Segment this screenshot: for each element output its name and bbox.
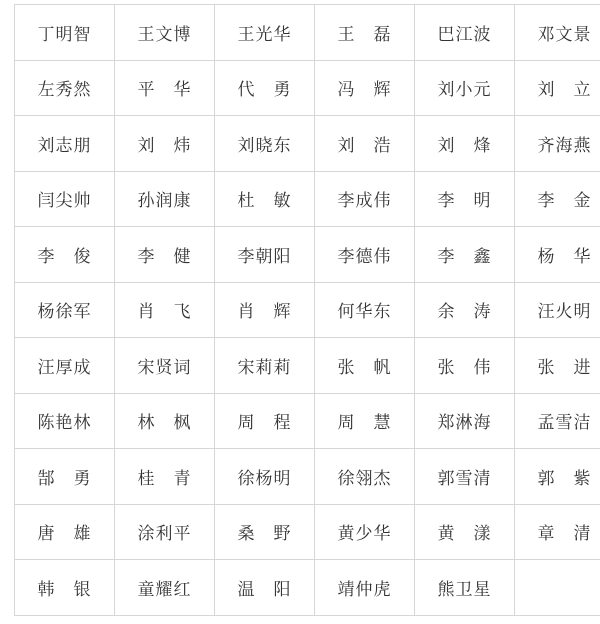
name-cell: 陈艳林 [15, 393, 115, 449]
name-cell: 郜 勇 [15, 449, 115, 505]
name-cell: 刘志朋 [15, 116, 115, 172]
name-cell: 刘小元 [415, 60, 515, 116]
name-cell: 童耀红 [115, 560, 215, 616]
name-cell: 郭 紫 [515, 449, 600, 505]
name-cell: 李 健 [115, 227, 215, 283]
name-cell: 刘 炜 [115, 116, 215, 172]
table-row: 郜 勇桂 青徐杨明徐翎杰郭雪清郭 紫 [15, 449, 600, 505]
table-row: 闫尖帅孙润康杜 敏李成伟李 明李 金 [15, 171, 600, 227]
name-cell: 左秀然 [15, 60, 115, 116]
name-cell: 李 鑫 [415, 227, 515, 283]
name-cell: 冯 辉 [315, 60, 415, 116]
name-cell: 王文博 [115, 5, 215, 61]
name-cell: 张 伟 [415, 338, 515, 394]
table-row: 杨徐军肖 飞肖 辉何华东余 涛汪火明 [15, 282, 600, 338]
name-cell: 靖仲虎 [315, 560, 415, 616]
name-cell: 余 涛 [415, 282, 515, 338]
table-row: 唐 雄涂利平桑 野黄少华黄 漾章 清 [15, 504, 600, 560]
name-cell: 温 阳 [215, 560, 315, 616]
name-cell: 黄 漾 [415, 504, 515, 560]
name-cell: 熊卫星 [415, 560, 515, 616]
name-cell: 王 磊 [315, 5, 415, 61]
name-cell: 李 明 [415, 171, 515, 227]
name-cell: 刘 浩 [315, 116, 415, 172]
name-cell: 郭雪清 [415, 449, 515, 505]
name-cell: 李 俊 [15, 227, 115, 283]
name-cell: 杨 华 [515, 227, 600, 283]
name-cell: 王光华 [215, 5, 315, 61]
name-cell: 刘 烽 [415, 116, 515, 172]
name-table: 丁明智王文博王光华王 磊巴江波邓文景左秀然平 华代 勇冯 辉刘小元刘 立刘志朋刘… [14, 4, 600, 616]
name-cell: 宋莉莉 [215, 338, 315, 394]
empty-cell [515, 560, 600, 616]
name-cell: 李 金 [515, 171, 600, 227]
name-cell: 周 程 [215, 393, 315, 449]
table-row: 汪厚成宋贤词宋莉莉张 帆张 伟张 进 [15, 338, 600, 394]
name-cell: 肖 飞 [115, 282, 215, 338]
name-cell: 何华东 [315, 282, 415, 338]
table-row: 韩 银童耀红温 阳靖仲虎熊卫星 [15, 560, 600, 616]
name-cell: 张 帆 [315, 338, 415, 394]
name-cell: 丁明智 [15, 5, 115, 61]
name-cell: 刘 立 [515, 60, 600, 116]
table-row: 丁明智王文博王光华王 磊巴江波邓文景 [15, 5, 600, 61]
name-cell: 平 华 [115, 60, 215, 116]
name-cell: 郑淋海 [415, 393, 515, 449]
name-cell: 林 枫 [115, 393, 215, 449]
name-cell: 李德伟 [315, 227, 415, 283]
name-cell: 宋贤词 [115, 338, 215, 394]
name-cell: 徐翎杰 [315, 449, 415, 505]
name-cell: 周 慧 [315, 393, 415, 449]
name-cell: 邓文景 [515, 5, 600, 61]
name-cell: 孙润康 [115, 171, 215, 227]
name-cell: 徐杨明 [215, 449, 315, 505]
name-cell: 章 清 [515, 504, 600, 560]
table-row: 李 俊李 健李朝阳李德伟李 鑫杨 华 [15, 227, 600, 283]
name-cell: 汪火明 [515, 282, 600, 338]
name-cell: 刘晓东 [215, 116, 315, 172]
name-cell: 桑 野 [215, 504, 315, 560]
page: 丁明智王文博王光华王 磊巴江波邓文景左秀然平 华代 勇冯 辉刘小元刘 立刘志朋刘… [0, 0, 600, 624]
table-body: 丁明智王文博王光华王 磊巴江波邓文景左秀然平 华代 勇冯 辉刘小元刘 立刘志朋刘… [15, 5, 600, 616]
name-cell: 李成伟 [315, 171, 415, 227]
name-cell: 韩 银 [15, 560, 115, 616]
name-cell: 杜 敏 [215, 171, 315, 227]
name-cell: 桂 青 [115, 449, 215, 505]
table-row: 左秀然平 华代 勇冯 辉刘小元刘 立 [15, 60, 600, 116]
name-cell: 代 勇 [215, 60, 315, 116]
name-cell: 孟雪洁 [515, 393, 600, 449]
name-cell: 闫尖帅 [15, 171, 115, 227]
table-row: 刘志朋刘 炜刘晓东刘 浩刘 烽齐海燕 [15, 116, 600, 172]
name-cell: 张 进 [515, 338, 600, 394]
name-cell: 巴江波 [415, 5, 515, 61]
name-cell: 汪厚成 [15, 338, 115, 394]
name-cell: 肖 辉 [215, 282, 315, 338]
name-cell: 唐 雄 [15, 504, 115, 560]
name-cell: 杨徐军 [15, 282, 115, 338]
name-cell: 涂利平 [115, 504, 215, 560]
name-cell: 李朝阳 [215, 227, 315, 283]
name-cell: 齐海燕 [515, 116, 600, 172]
name-cell: 黄少华 [315, 504, 415, 560]
table-row: 陈艳林林 枫周 程周 慧郑淋海孟雪洁 [15, 393, 600, 449]
